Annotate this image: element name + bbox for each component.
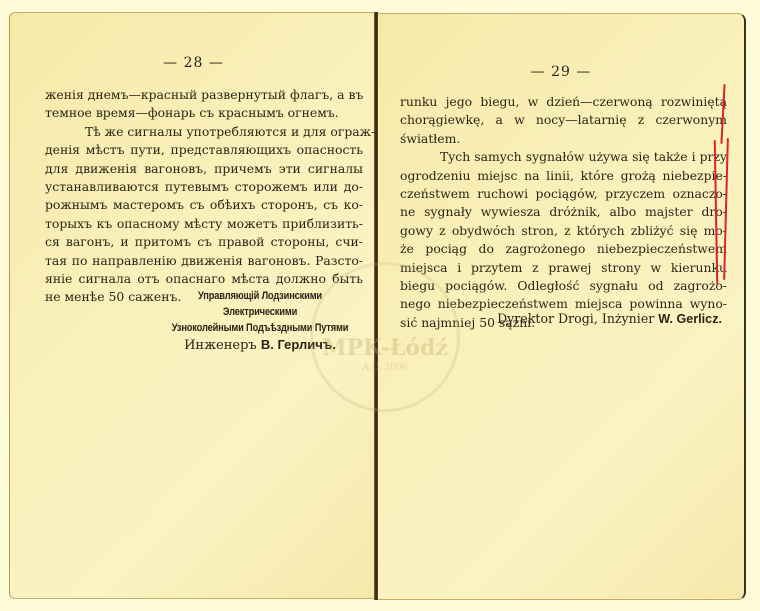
text-line: Тѣ же сигналы употребляются и для ограж- bbox=[45, 123, 363, 141]
text-line: biegu pociągów. Odległość sygnału od zag… bbox=[400, 277, 727, 295]
text-line: темное время—фонарь съ краснымъ огнемъ. bbox=[45, 104, 363, 122]
page-number-28: — 28 — bbox=[10, 55, 377, 71]
text-line: czeństwem ruchowi pociągów, przyczem ozn… bbox=[400, 185, 727, 203]
signature-polish: Dyrektor Drogi, Inżynier W. Gerlicz. bbox=[497, 311, 722, 326]
text-line: ся вагонъ, и притомъ съ правой стороны, … bbox=[45, 233, 363, 251]
text-line: устанавливаются путевымъ сторожемъ или д… bbox=[45, 178, 363, 196]
text-line: miejsca i przytem z prawej strony w kier… bbox=[400, 259, 727, 277]
text-line: chorągiewkę, a w nocy—latarnię z czerwon… bbox=[400, 111, 727, 129]
right-page: — 29 — runku jego biegu, w dzień—czerwon… bbox=[378, 13, 746, 600]
signature-prefix: Dyrektor Drogi, Inżynier bbox=[497, 311, 658, 326]
text-line: яніе сигнала отъ опаснаго мѣста должно б… bbox=[45, 270, 363, 288]
text-line: światłem. bbox=[400, 130, 727, 148]
page-number-29: — 29 — bbox=[378, 64, 744, 80]
text-line: ne sygnały wywiesza dróżnik, albo majste… bbox=[400, 203, 727, 221]
signature-russian: Управляющій Лодзинскими Электрическими У… bbox=[150, 288, 370, 355]
text-line: торыхъ къ опасному мѣсту можетъ приблизи… bbox=[45, 215, 363, 233]
signature-prefix: Инженеръ bbox=[184, 338, 261, 353]
signature-title-line1: Управляющій Лодзинскими Электрическими bbox=[163, 288, 357, 320]
signature-name: В. Герличъ. bbox=[261, 337, 336, 352]
signature-name: W. Gerlicz. bbox=[658, 312, 722, 326]
text-line: gowy z obydwóch stron, z których zbliżyć… bbox=[400, 222, 727, 240]
text-line: że pociąg do zagrożonego niebezpieczeńst… bbox=[400, 240, 727, 258]
right-page-body: runku jego biegu, w dzień—czerwoną rozwi… bbox=[400, 93, 727, 332]
text-line: рожнымъ мастеромъ съ обѣихъ сторонъ, съ … bbox=[45, 196, 363, 214]
text-line: ogrodzeniu miejsc na linii, które grożą … bbox=[400, 167, 727, 185]
signature-name-line: Инженеръ В. Герличъ. bbox=[150, 336, 370, 355]
text-line: женія днемъ—красный развернутый флагъ, а… bbox=[45, 86, 363, 104]
left-page: — 28 — женія днемъ—красный развернутый ф… bbox=[9, 12, 377, 599]
text-line: денія мѣстъ пути, представляющихъ опасно… bbox=[45, 141, 363, 159]
text-line: Tych samych sygnałów używa się także i p… bbox=[400, 148, 727, 166]
text-line: для движенія вагоновъ, причемъ эти сигна… bbox=[45, 160, 363, 178]
left-page-body: женія днемъ—красный развернутый флагъ, а… bbox=[45, 86, 363, 307]
text-line: тая по направленію движенія вагоновъ. Ра… bbox=[45, 252, 363, 270]
book-spine bbox=[374, 12, 378, 600]
signature-title-line2: Узноколейными Подъѣздными Путями bbox=[163, 320, 357, 336]
text-line: runku jego biegu, w dzień—czerwoną rozwi… bbox=[400, 93, 727, 111]
